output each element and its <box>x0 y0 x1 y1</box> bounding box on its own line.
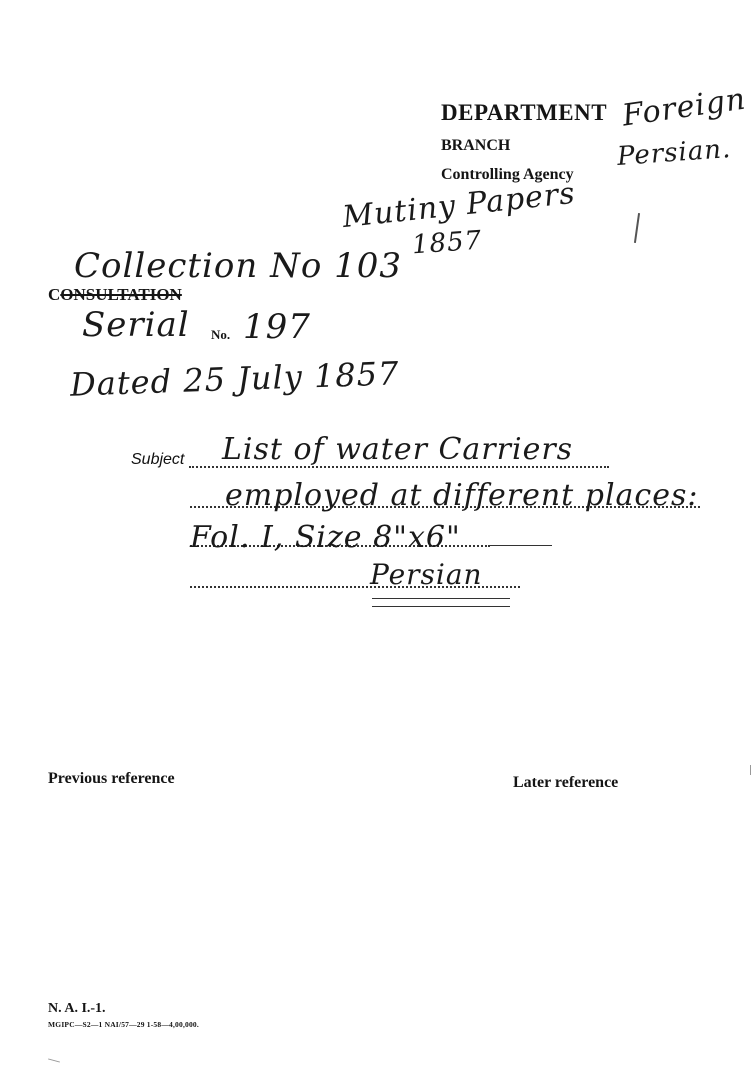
subject-line-3-solid <box>490 545 552 546</box>
subject-line-2: employed at different places: <box>225 478 699 513</box>
dated-value: Dated 25 July 1857 <box>69 354 400 403</box>
subject-line-1: List of water Carriers <box>222 432 573 467</box>
branch-value: Persian. <box>616 134 732 172</box>
subject-underline-1 <box>372 598 510 599</box>
branch-label: BRANCH <box>441 137 510 155</box>
later-reference-label: Later reference <box>513 774 618 792</box>
subject-line-4: Persian <box>370 558 483 591</box>
scan-speck <box>48 1058 60 1062</box>
consultation-first-letter: C <box>48 285 60 304</box>
form-code: N. A. I.-1. <box>48 1001 106 1017</box>
collection-number: Collection No 103 <box>74 246 402 286</box>
subject-label: Subject <box>131 451 184 469</box>
department-value: Foreign <box>620 82 748 134</box>
serial-no-label: No. <box>211 327 230 343</box>
previous-reference-label: Previous reference <box>48 770 175 788</box>
scan-speck <box>750 765 751 775</box>
printer-line: MGIPC—S2—1 NAI/57—29 1-58—4,00,000. <box>48 1020 199 1029</box>
subject-line-3: Fol. I, Size 8"x6" <box>190 520 461 555</box>
pen-stroke-mark <box>634 213 640 243</box>
controlling-agency-year: 1857 <box>411 226 483 261</box>
consultation-struck-text: ONSULTATION <box>60 285 182 304</box>
subject-underline-2 <box>372 606 510 607</box>
serial-number: 197 <box>243 307 311 347</box>
serial-label: Serial <box>82 305 190 345</box>
department-label: DEPARTMENT <box>441 100 607 126</box>
consultation-label: CONSULTATION <box>48 285 182 305</box>
